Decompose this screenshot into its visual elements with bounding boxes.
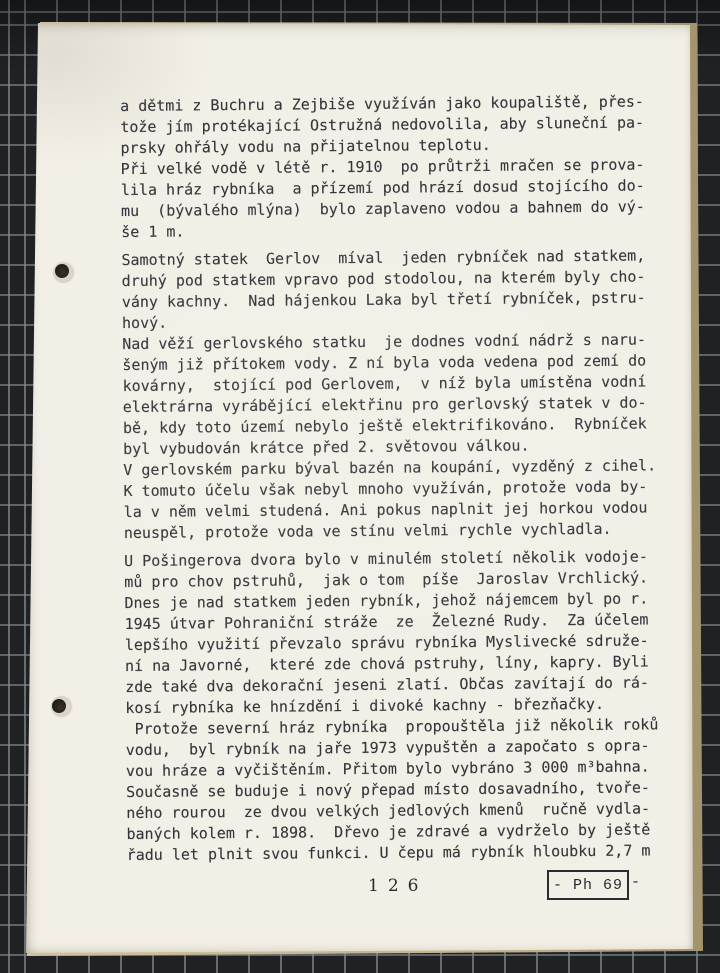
text-block: a dětmi z Buchru a Zejbiše využíván jako… (120, 91, 667, 866)
hole-punch-bottom (52, 697, 71, 716)
hole-punch-bore (52, 699, 66, 713)
paragraph: Samotný statek Gerlov míval jeden rybníč… (121, 245, 664, 544)
hole-punch-top (54, 263, 73, 282)
page-number: 126 (368, 876, 427, 896)
stamp-text: - Ph 69 (553, 877, 623, 894)
paragraph: U Pošingerova dvora bylo v minulém stole… (124, 546, 667, 866)
stamp-outside-dash: - (631, 874, 641, 891)
text-line: neuspěl, protože voda ve stínu velmi ryc… (124, 518, 664, 544)
cutting-mat-background: a dětmi z Buchru a Zejbiše využíván jako… (0, 0, 720, 973)
stamp-box: - Ph 69 - (547, 870, 629, 900)
hole-punch-bore (55, 264, 69, 278)
paragraph: a dětmi z Buchru a Zejbiše využíván jako… (120, 91, 661, 243)
